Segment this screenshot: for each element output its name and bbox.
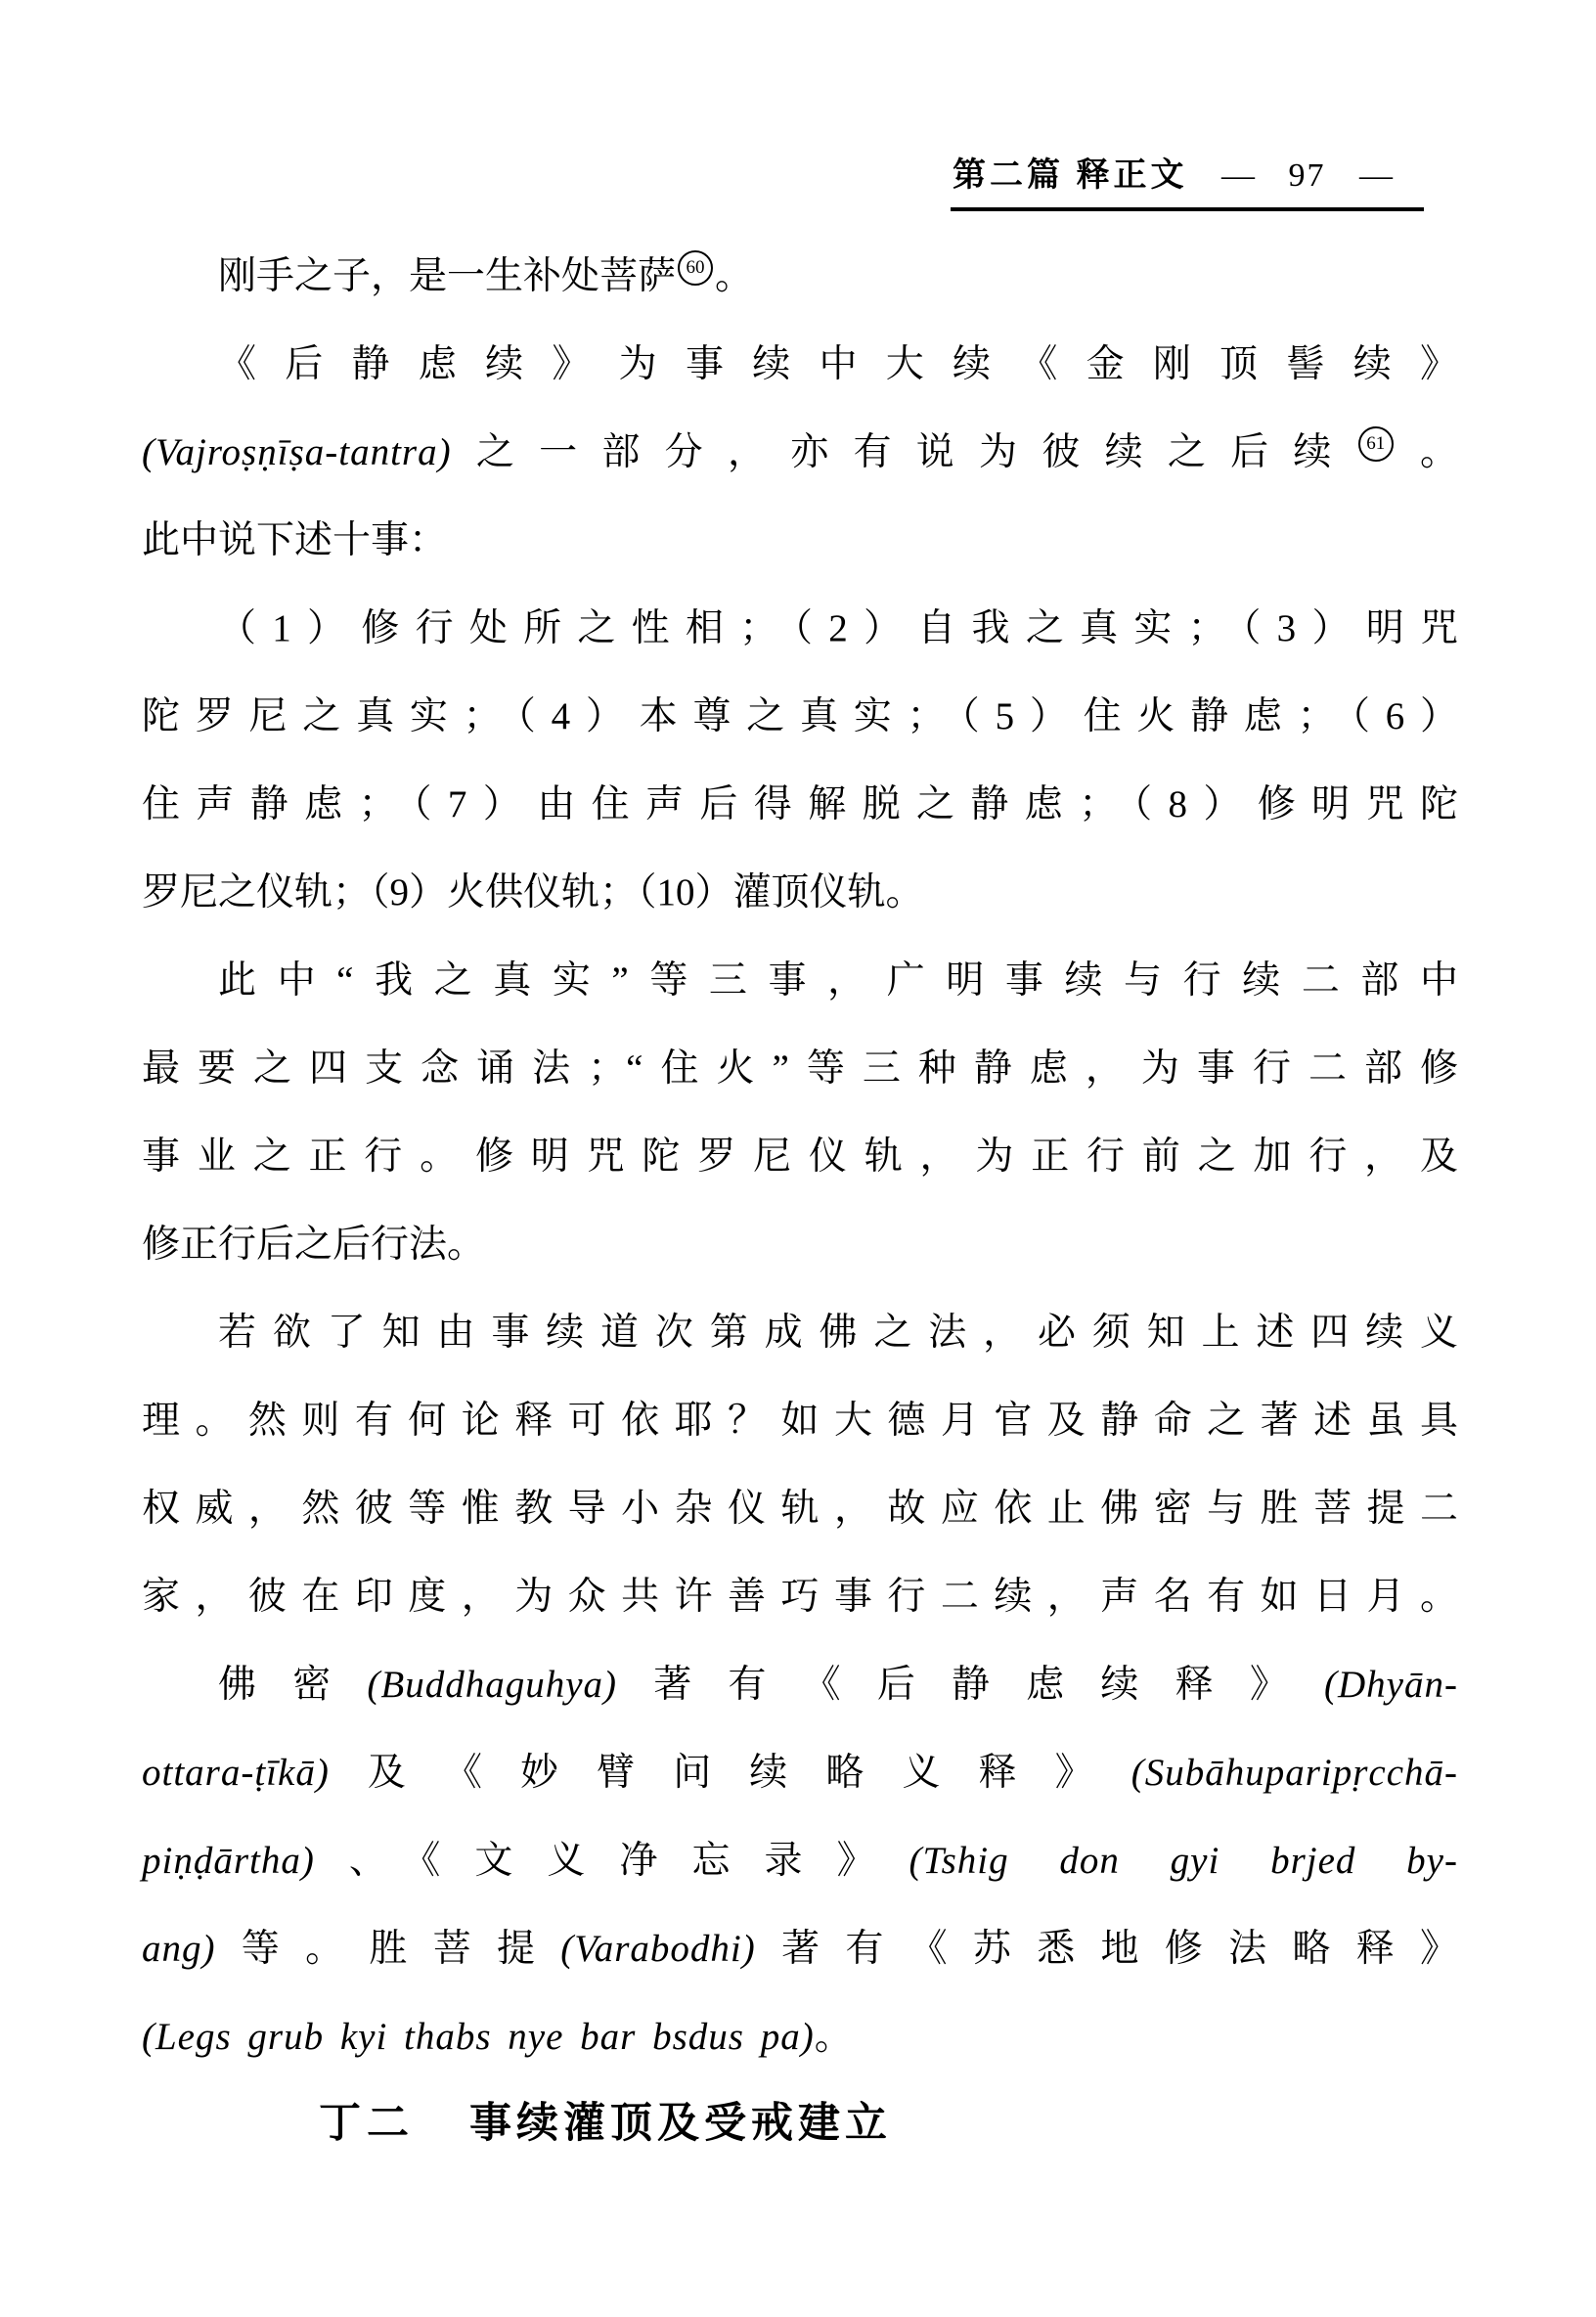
text-line: 住声静虑；（7）由住声后得解脱之静虑；（8）修明咒陀 [142,761,1458,849]
text-segment-latin: ang) [142,1928,216,1970]
text-line: 罗尼之仪轨；（9）火供仪轨；（10）灌顶仪轨。 [142,849,1458,937]
text-segment: 住声静虑；（7）由住声后得解脱之静虑；（8）修明咒陀 [142,783,1458,825]
book-page: 第二篇 释正文 — 97 — 刚手之子，是一生补处菩萨60。 《后静虑续》为事续… [0,0,1596,2317]
section-heading-title: 事续灌顶及受戒建立 [469,2101,892,2147]
text-segment: 陀罗尼之真实；（4）本尊之真实；（5）住火静虑；（6） [142,695,1458,737]
text-segment: （1）修行处所之性相；（2）自我之真实；（3）明咒 [218,607,1458,649]
text-segment: 权威，然彼等惟教导小杂仪轨，故应依止佛密与胜菩提二 [142,1488,1458,1530]
running-header: 第二篇 释正文 — 97 — [951,155,1424,211]
text-segment-latin: (Vajroṣṇīṣa-tantra) [142,431,452,473]
text-segment: 佛密 [218,1664,367,1706]
text-segment: 著有《后静虑续释》 [617,1664,1324,1706]
text-line: 理。然则有何论释可依耶？如大德月官及静命之著述虽具 [142,1377,1458,1465]
text-segment-latin: ottara-ṭīkā) [142,1752,330,1794]
text-line: （1）修行处所之性相；（2）自我之真实；（3）明咒 [142,585,1458,673]
text-line: 若欲了知由事续道次第成佛之法，必须知上述四续义 [142,1289,1458,1377]
text-segment: 之一部分，亦有说为彼续之后续 [452,431,1356,473]
text-line: 修正行后之后行法。 [142,1201,1458,1289]
text-segment-latin: (Buddhaguhya) [367,1664,617,1706]
text-line: ang)等。胜菩提(Varabodhi)著有《苏悉地修法略释》 [142,1905,1458,1993]
text-segment-latin: (Subāhuparipṛcchā- [1131,1752,1458,1794]
body-text: 刚手之子，是一生补处菩萨60。 《后静虑续》为事续中大续《金刚顶髻续》 (Vaj… [142,233,1458,2081]
page-number: 97 [1289,157,1326,194]
text-line: 陀罗尼之真实；（4）本尊之真实；（5）住火静虑；（6） [142,673,1458,761]
text-segment: 及《妙臂问续略义释》 [330,1752,1131,1794]
text-segment: 《后静虑续》为事续中大续《金刚顶髻续》 [218,343,1458,385]
text-line: piṇḍārtha)、《文义净忘录》(Tshig don gyi brjed b… [142,1817,1458,1905]
text-segment: 事业之正行。修明咒陀罗尼仪轨，为正行前之加行，及 [142,1136,1458,1178]
text-segment: 修正行后之后行法。 [142,1224,485,1266]
text-line: ottara-ṭīkā)及《妙臂问续略义释》(Subāhuparipṛcchā- [142,1729,1458,1817]
text-segment-latin: (Tshig don gyi brjed by- [909,1840,1458,1882]
text-segment-latin: (Dhyān- [1324,1664,1458,1706]
text-line: 佛密(Buddhaguhya)著有《后静虑续释》(Dhyān- [142,1641,1458,1729]
text-segment-latin: (Varabodhi) [560,1928,756,1970]
text-line: 事业之正行。修明咒陀罗尼仪轨，为正行前之加行，及 [142,1113,1458,1201]
text-segment-latin: (Legs grub kyi thabs nye bar bsdus pa) [142,2016,815,2058]
text-segment: 理。然则有何论释可依耶？如大德月官及静命之著述虽具 [142,1400,1458,1442]
text-segment: 家，彼在印度，为众共许善巧事行二续，声名有如日月。 [142,1576,1458,1618]
text-segment: 若欲了知由事续道次第成佛之法，必须知上述四续义 [218,1312,1458,1354]
text-line: 《后静虑续》为事续中大续《金刚顶髻续》 [142,321,1458,409]
text-segment: 此中说下述十事： [142,519,447,561]
text-segment: 、《文义净忘录》 [315,1840,909,1882]
section-heading: 丁二事续灌顶及受戒建立 [319,2089,892,2160]
text-segment: 罗尼之仪轨；（9）火供仪轨；（10）灌顶仪轨。 [142,871,924,913]
header-section-title: 第二篇 释正文 [953,157,1188,194]
footnote-ref-60: 60 [678,250,713,286]
text-line: (Vajroṣṇīṣa-tantra)之一部分，亦有说为彼续之后续61。 [142,409,1458,497]
text-line: 此中“我之真实”等三事，广明事续与行续二部中 [142,937,1458,1025]
text-line: 权威，然彼等惟教导小杂仪轨，故应依止佛密与胜菩提二 [142,1465,1458,1553]
text-segment: 。 [715,255,753,297]
header-dash-right: — [1359,155,1393,198]
text-line: 刚手之子，是一生补处菩萨60。 [142,233,1458,321]
header-dash-left: — [1221,155,1255,198]
text-segment: 最要之四支念诵法；“住火”等三种静虑，为事行二部修 [142,1047,1458,1090]
text-segment: 著有《苏悉地修法略释》 [756,1928,1458,1970]
text-line: (Legs grub kyi thabs nye bar bsdus pa)。 [142,1993,1458,2081]
text-segment: 。 [1396,431,1458,473]
text-line: 最要之四支念诵法；“住火”等三种静虑，为事行二部修 [142,1025,1458,1113]
text-segment: 此中“我之真实”等三事，广明事续与行续二部中 [218,959,1458,1002]
text-line: 此中说下述十事： [142,497,1458,585]
text-segment: 。 [815,2016,853,2058]
text-line: 家，彼在印度，为众共许善巧事行二续，声名有如日月。 [142,1553,1458,1641]
footnote-ref-61: 61 [1358,426,1394,462]
text-segment: 等。胜菩提 [216,1928,561,1970]
text-segment-latin: piṇḍārtha) [142,1840,315,1882]
section-heading-number: 丁二 [319,2101,415,2147]
text-segment: 刚手之子，是一生补处菩萨 [218,255,676,297]
